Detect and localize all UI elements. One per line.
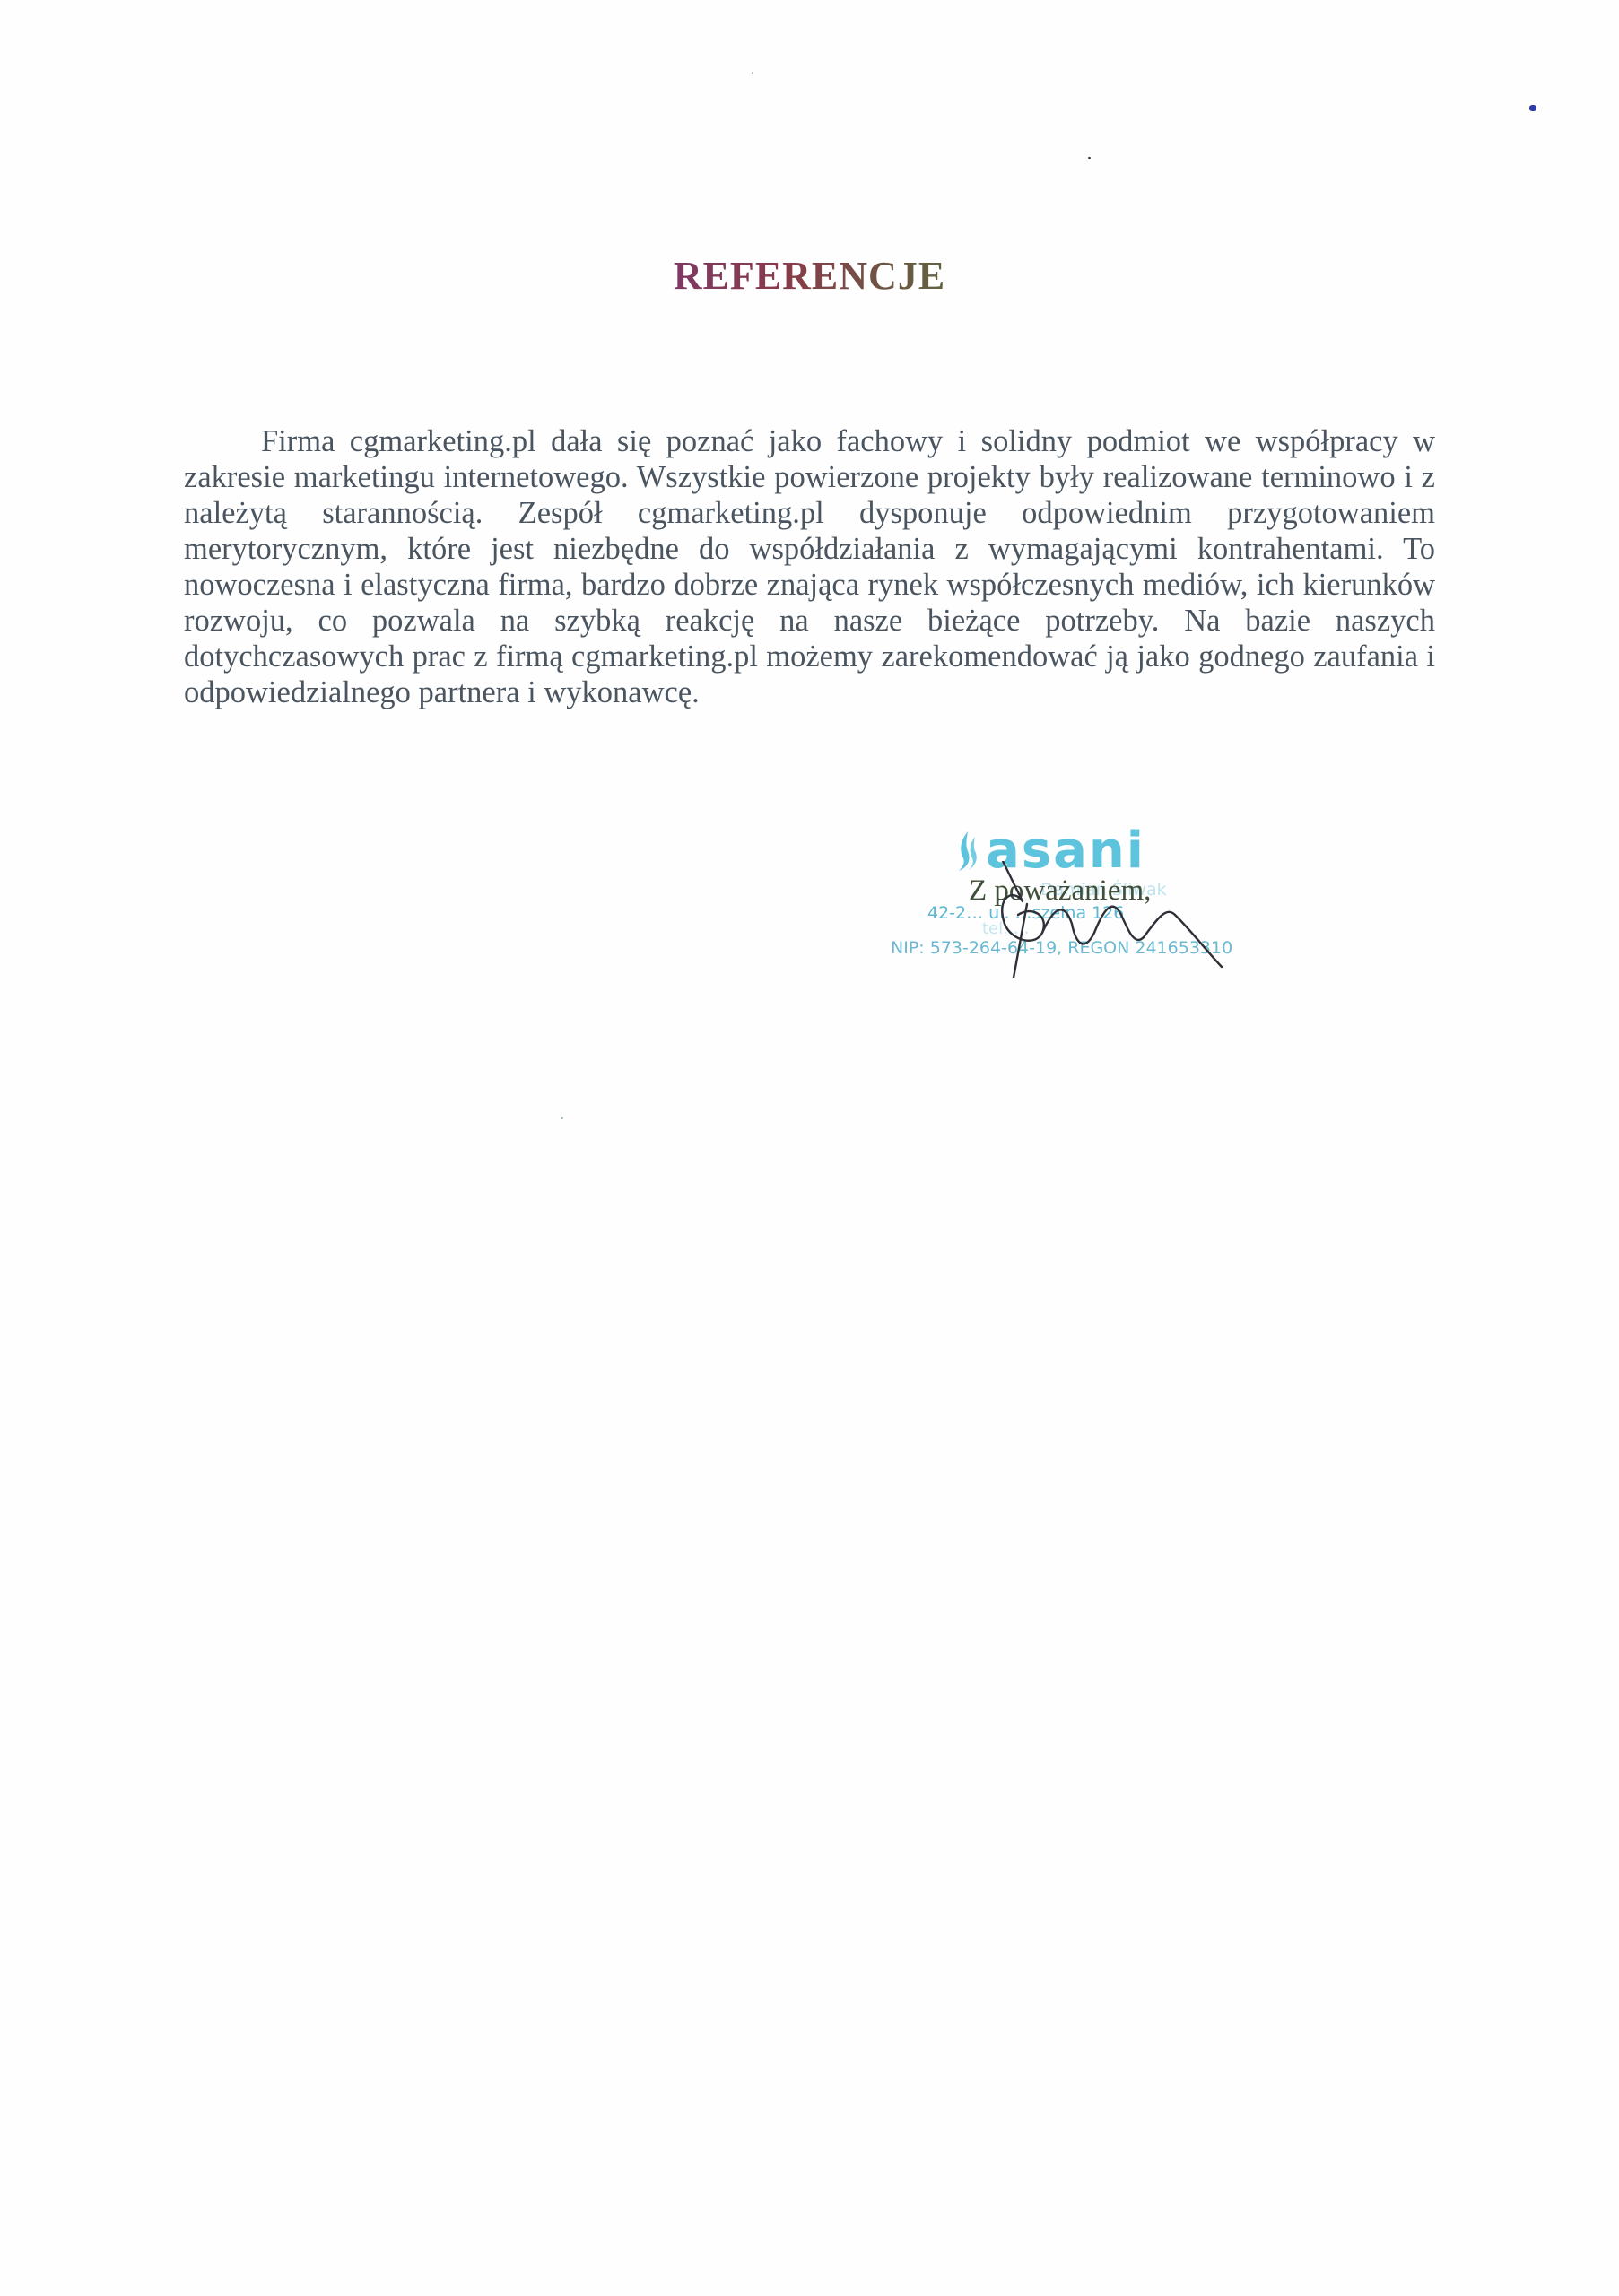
- scan-speck: [1529, 105, 1536, 111]
- flame-icon: [955, 830, 979, 873]
- scan-dot: [561, 1117, 563, 1119]
- scan-dot: [1088, 157, 1091, 159]
- document-title: REFERENCJE: [0, 253, 1619, 299]
- scan-dot: [752, 72, 753, 74]
- signature-icon: [987, 861, 1256, 978]
- reference-body: Firma cgmarketing.pl dała się poznać jak…: [184, 423, 1435, 710]
- reference-paragraph: Firma cgmarketing.pl dała się poznać jak…: [184, 423, 1435, 710]
- scanned-document-page: REFERENCJE Firma cgmarketing.pl dała się…: [0, 0, 1619, 2296]
